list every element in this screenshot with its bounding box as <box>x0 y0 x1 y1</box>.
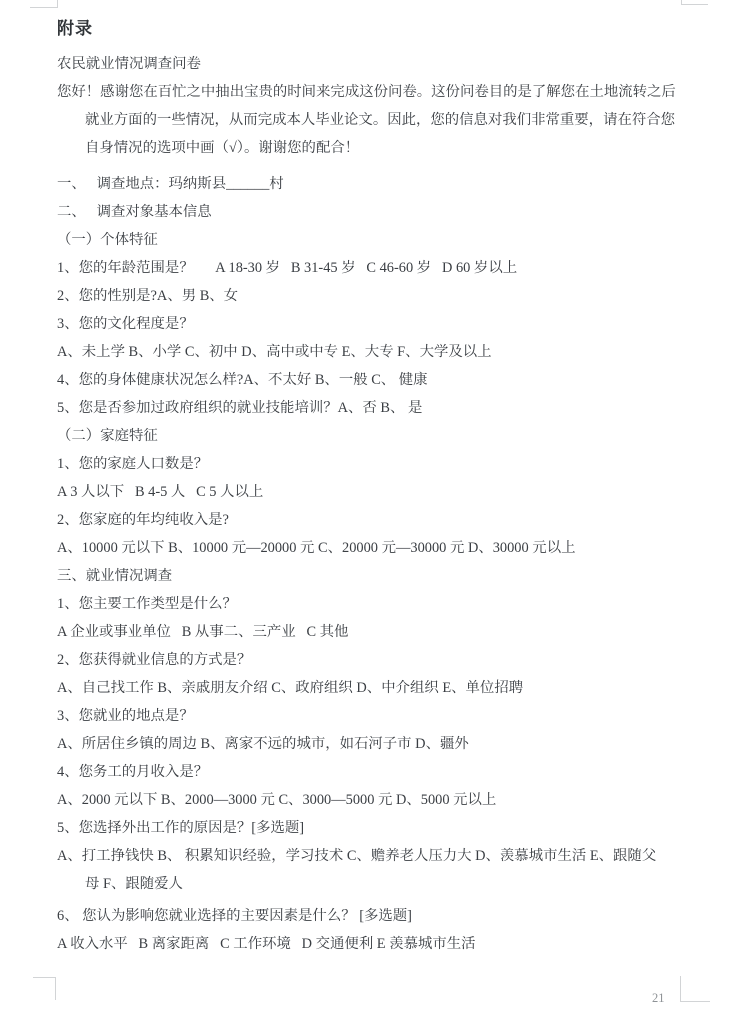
text-line: 1、您的家庭人口数是？ <box>57 450 717 478</box>
text-line: A 企业或事业单位 B 从事二、三产业 C 其他 <box>57 618 717 646</box>
text-line: A 3 人以下 B 4-5 人 C 5 人以上 <box>57 478 717 506</box>
text-line: 5、您是否参加过政府组织的就业技能培训？A、否 B、 是 <box>57 394 717 422</box>
text-line: 3、您的文化程度是？ <box>57 310 717 338</box>
text-line: 4、您务工的月收入是？ <box>57 758 717 786</box>
text-line: 一、 调查地点：玛纳斯县______村 <box>57 170 717 198</box>
text-line: 您好！感谢您在百忙之中抽出宝贵的时间来完成这份问卷。这份问卷目的是了解您在土地流… <box>57 78 717 106</box>
crop-mark-bottom-right <box>680 976 710 1002</box>
text-line: 5、您选择外出工作的原因是？[多选题] <box>57 814 717 842</box>
text-line: 1、您的年龄范围是？ A 18-30 岁 B 31-45 岁 C 46-60 岁… <box>57 254 717 282</box>
text-line: 二、 调查对象基本信息 <box>57 198 717 226</box>
text-line: 母 F、跟随爱人 <box>57 870 717 898</box>
text-line: 2、您的性别是?A、男 B、女 <box>57 282 717 310</box>
text-line: A、2000 元以下 B、2000—3000 元 C、3000—5000 元 D… <box>57 786 717 814</box>
crop-mark-top-right <box>681 0 708 5</box>
text-line: A、未上学 B、小学 C、初中 D、高中或中专 E、大专 F、大学及以上 <box>57 338 717 366</box>
text-line: 6、 您认为影响您就业选择的主要因素是什么？ [多选题] <box>57 902 717 930</box>
document-page: 附录 农民就业情况调查问卷您好！感谢您在百忙之中抽出宝贵的时间来完成这份问卷。这… <box>0 0 733 1024</box>
text-line: 农民就业情况调查问卷 <box>57 50 717 78</box>
text-line: 自身情况的选项中画（√）。谢谢您的配合！ <box>57 134 717 162</box>
crop-mark-top-left <box>30 0 58 8</box>
document-content: 附录 农民就业情况调查问卷您好！感谢您在百忙之中抽出宝贵的时间来完成这份问卷。这… <box>57 15 717 958</box>
text-line: A、自己找工作 B、亲戚朋友介绍 C、政府组织 D、中介组织 E、单位招聘 <box>57 674 717 702</box>
text-line: 三、就业情况调查 <box>57 562 717 590</box>
crop-mark-bottom-left <box>33 977 56 1000</box>
text-line: 就业方面的一些情况，从而完成本人毕业论文。因此，您的信息对我们非常重要，请在符合… <box>57 106 717 134</box>
text-line: A、10000 元以下 B、10000 元—20000 元 C、20000 元—… <box>57 534 717 562</box>
text-line: 3、您就业的地点是？ <box>57 702 717 730</box>
text-line: A、打工挣钱快 B、 积累知识经验，学习技术 C、赡养老人压力大 D、羡慕城市生… <box>57 842 717 870</box>
text-line: （二）家庭特征 <box>57 422 717 450</box>
text-line: 2、您获得就业信息的方式是？ <box>57 646 717 674</box>
text-line: A 收入水平 B 离家距离 C 工作环境 D 交通便利 E 羡慕城市生活 <box>57 930 717 958</box>
document-title: 附录 <box>57 15 717 43</box>
document-body: 农民就业情况调查问卷您好！感谢您在百忙之中抽出宝贵的时间来完成这份问卷。这份问卷… <box>57 50 717 958</box>
text-line: 2、您家庭的年均纯收入是? <box>57 506 717 534</box>
page-number: 21 <box>652 991 665 1006</box>
text-line: A、所居住乡镇的周边 B、离家不远的城市，如石河子市 D、疆外 <box>57 730 717 758</box>
text-line: 1、您主要工作类型是什么？ <box>57 590 717 618</box>
text-line: 4、您的身体健康状况怎么样?A、不太好 B、一般 C、 健康 <box>57 366 717 394</box>
text-line: （一）个体特征 <box>57 226 717 254</box>
